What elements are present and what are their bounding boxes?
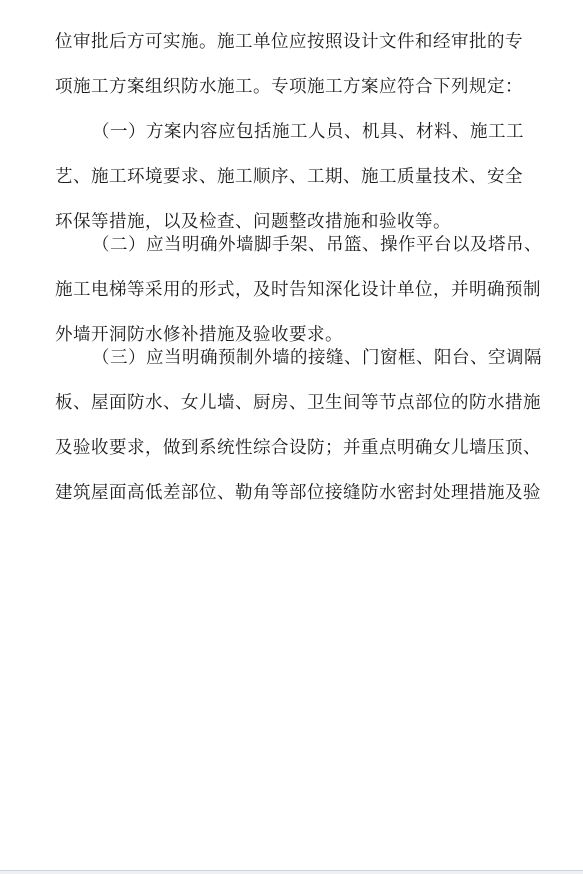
list-item-1: （一）方案内容应包括施工人员、机具、材料、施工工 <box>92 112 500 152</box>
list-item-2: （二）应当明确外墙脚手架、吊篮、操作平台以及塔吊、 <box>92 225 500 265</box>
text-line: 位审批后方可实施。施工单位应按照设计文件和经审批的专 <box>55 22 500 62</box>
text-line-hidden <box>55 475 500 515</box>
viewer-bottom-bar <box>0 870 583 874</box>
list-item-3: （三）应当明确预制外墙的接缝、门窗框、阳台、空调隔 <box>92 338 500 378</box>
text-line: 施工电梯等采用的形式，及时告知深化设计单位，并明确预制 <box>55 270 500 310</box>
text-line: 项施工方案组织防水施工。专项施工方案应符合下列规定： <box>55 67 500 107</box>
document-page: 位审批后方可实施。施工单位应按照设计文件和经审批的专 项施工方案组织防水施工。专… <box>0 0 583 870</box>
text-line: 板、屋面防水、女儿墙、厨房、卫生间等节点部位的防水措施 <box>55 383 500 423</box>
text-line: 及验收要求，做到系统性综合设防；并重点明确女儿墙压顶、 <box>55 428 500 468</box>
text-line: 艺、施工环境要求、施工顺序、工期、施工质量技术、安全 <box>55 157 500 197</box>
